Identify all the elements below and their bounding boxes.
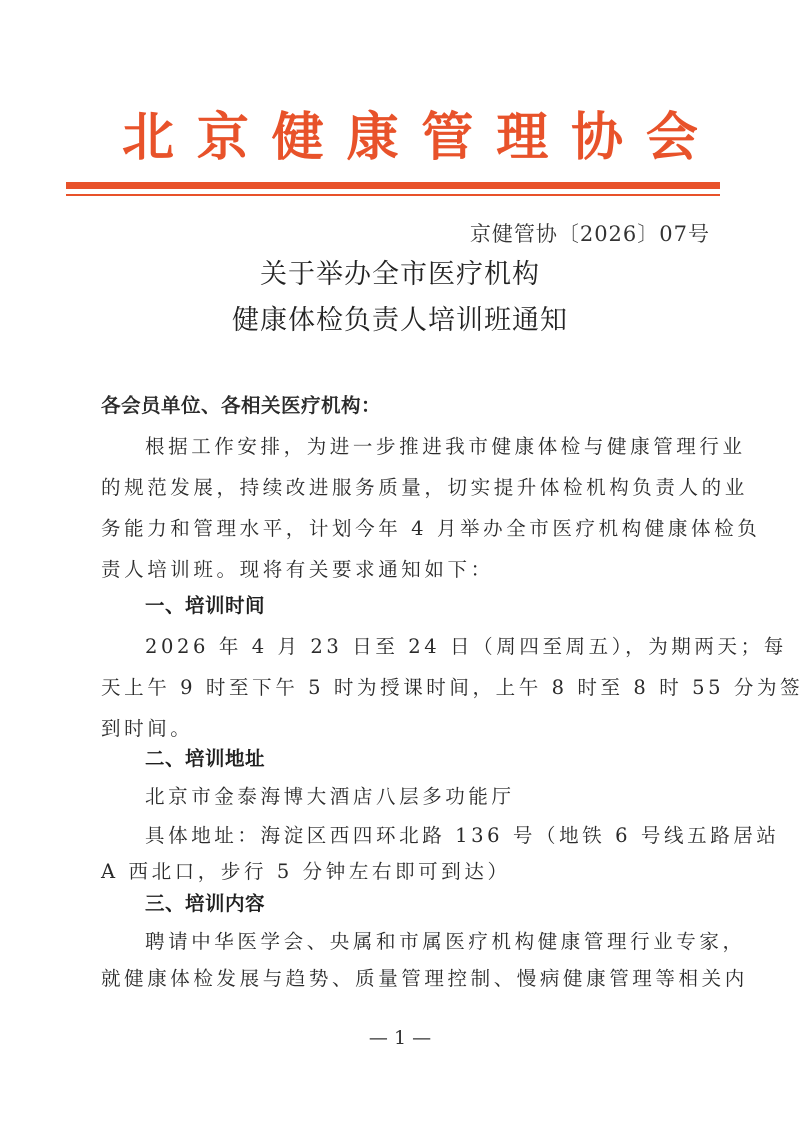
letterhead-char: 管 <box>421 95 473 170</box>
section-heading-content: 三、培训内容 <box>145 890 707 918</box>
section-line: 就健康体检发展与趋势、质量管理控制、慢病健康管理等相关内 <box>101 965 707 993</box>
section-line: 2026 年 4 月 23 日至 24 日（周四至周五），为期两天；每 <box>145 633 707 661</box>
document-page: 北 京 健 康 管 理 协 会 京健管协〔2026〕07号 关于举办全市医疗机构… <box>0 0 800 1131</box>
section-line: 天上午 9 时至下午 5 时为授课时间，上午 8 时至 8 时 55 分为签 <box>101 674 707 702</box>
document-title-line2: 健康体检负责人培训班通知 <box>0 298 800 337</box>
letterhead-rule-thin <box>66 194 720 196</box>
salutation: 各会员单位、各相关医疗机构： <box>101 392 707 420</box>
letterhead-char: 健 <box>272 95 324 170</box>
section-heading-time: 一、培训时间 <box>145 592 707 620</box>
intro-line: 的规范发展，持续改进服务质量，切实提升体检机构负责人的业 <box>101 474 707 502</box>
letterhead-char: 协 <box>571 95 623 170</box>
section-line: A 西北口，步行 5 分钟左右即可到达） <box>101 858 707 886</box>
letterhead-rule-thick <box>66 182 720 189</box>
intro-line: 根据工作安排，为进一步推进我市健康体检与健康管理行业 <box>145 433 707 461</box>
letterhead-char: 会 <box>646 95 698 170</box>
section-heading-address: 二、培训地址 <box>145 745 707 773</box>
letterhead-org-name: 北 京 健 康 管 理 协 会 <box>100 92 720 172</box>
letterhead-char: 北 <box>122 95 174 170</box>
letterhead-char: 康 <box>347 95 399 170</box>
section-line: 聘请中华医学会、央属和市属医疗机构健康管理行业专家， <box>145 928 707 956</box>
document-number: 京健管协〔2026〕07号 <box>470 218 710 248</box>
section-line: 具体地址：海淀区西四环北路 136 号（地铁 6 号线五路居站 <box>145 822 707 850</box>
section-line: 到时间。 <box>101 715 707 743</box>
page-number: — 1 — <box>0 1027 800 1049</box>
document-title-line1: 关于举办全市医疗机构 <box>0 252 800 291</box>
section-line: 北京市金泰海博大酒店八层多功能厅 <box>145 783 707 811</box>
intro-line: 责人培训班。现将有关要求通知如下： <box>101 556 707 584</box>
intro-line: 务能力和管理水平，计划今年 4 月举办全市医疗机构健康体检负 <box>101 515 707 543</box>
letterhead-char: 理 <box>496 95 548 170</box>
letterhead-char: 京 <box>197 95 249 170</box>
